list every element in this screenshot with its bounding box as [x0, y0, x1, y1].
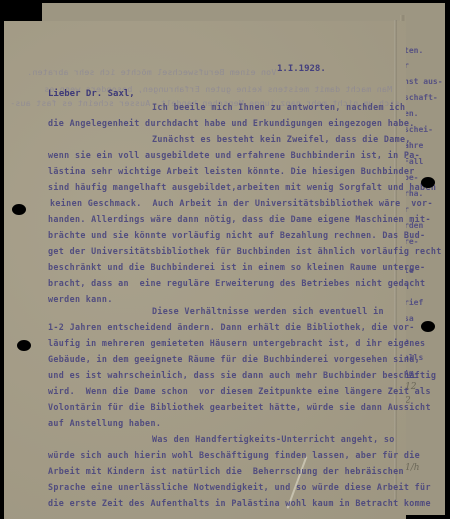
punch-hole — [421, 177, 435, 188]
salutation: Lieber Dr. Saxl, — [48, 89, 135, 99]
back-fragment: rief — [404, 298, 423, 307]
body-line: Gebäude, in dem geeignete Räume für die … — [48, 354, 420, 364]
page-fold — [394, 20, 397, 500]
body-line: auf Anstellung haben. — [48, 418, 161, 428]
body-line: die erste Zeit des Aufenthalts in Paläst… — [48, 498, 431, 508]
bleed-through-line: Von einem Berufswechsel möchte ich sehr … — [27, 67, 276, 77]
body-line: sind häufig mangelhaft ausgebildet,arbei… — [48, 182, 436, 192]
body-line: Diese Verhältnisse werden sich eventuell… — [152, 306, 384, 316]
back-fragment: ten. — [404, 46, 423, 55]
back-fragment: en. — [404, 109, 418, 118]
body-line: wenn sie ein voll ausgebildete und erfah… — [48, 150, 420, 160]
body-line: würde sich auch hierin wohl Beschäftigun… — [48, 450, 420, 460]
body-line: 1-2 Jahren entscheidend ändern. Dann erh… — [48, 322, 415, 332]
body-line: beschränkt und die Buchbinderei ist in e… — [48, 262, 425, 272]
back-fragment: schaft- — [404, 93, 438, 102]
body-line: lästina sehr wichtige Arbeit leisten kön… — [48, 166, 415, 176]
body-line: und es ist wahrscheinlich, dass sie dann… — [48, 370, 436, 380]
body-line: werden kann. — [48, 294, 113, 304]
body-line: handen. Allerdings wäre dann nötig, dass… — [48, 214, 431, 224]
body-line: keinen Geschmack. Auch Arbeit in der Uni… — [50, 198, 433, 208]
pencil-mark: 1/h — [405, 463, 420, 473]
body-line: die Angelegenheit durchdacht habe und Er… — [48, 118, 415, 128]
body-line: Was den Handfertigkeits-Unterricht angeh… — [152, 434, 395, 444]
body-line: wird. Wenn die Dame schon vor diesem Zei… — [48, 386, 431, 396]
punch-hole — [17, 340, 31, 351]
letter-date: 1.I.1928. — [277, 64, 326, 74]
body-line: bracht, dass an eine reguläre Erweiterun… — [48, 278, 425, 288]
body-line: Arbeit mit Kindern ist natürlich die Beh… — [48, 466, 404, 476]
body-line: Sprache eine unerlässliche Notwendigkeit… — [48, 482, 431, 492]
body-line: brächte und sie könnte vorläufig nicht a… — [48, 230, 425, 240]
back-fragment: nst aus- — [404, 77, 443, 86]
body-line: Zunächst es besteht kein Zweifel, dass d… — [152, 134, 411, 144]
body-line: Ich beeile mich Ihnen zu antworten, nach… — [152, 102, 405, 112]
punch-hole — [12, 204, 26, 215]
body-line: get der Universitätsbibliothek für Buchb… — [48, 246, 442, 256]
body-line: Volontärin für die Bibliothek gearbeitet… — [48, 402, 431, 412]
punch-hole — [421, 321, 435, 332]
body-line: läufig in mehreren gemieteten Häusern un… — [48, 338, 425, 348]
